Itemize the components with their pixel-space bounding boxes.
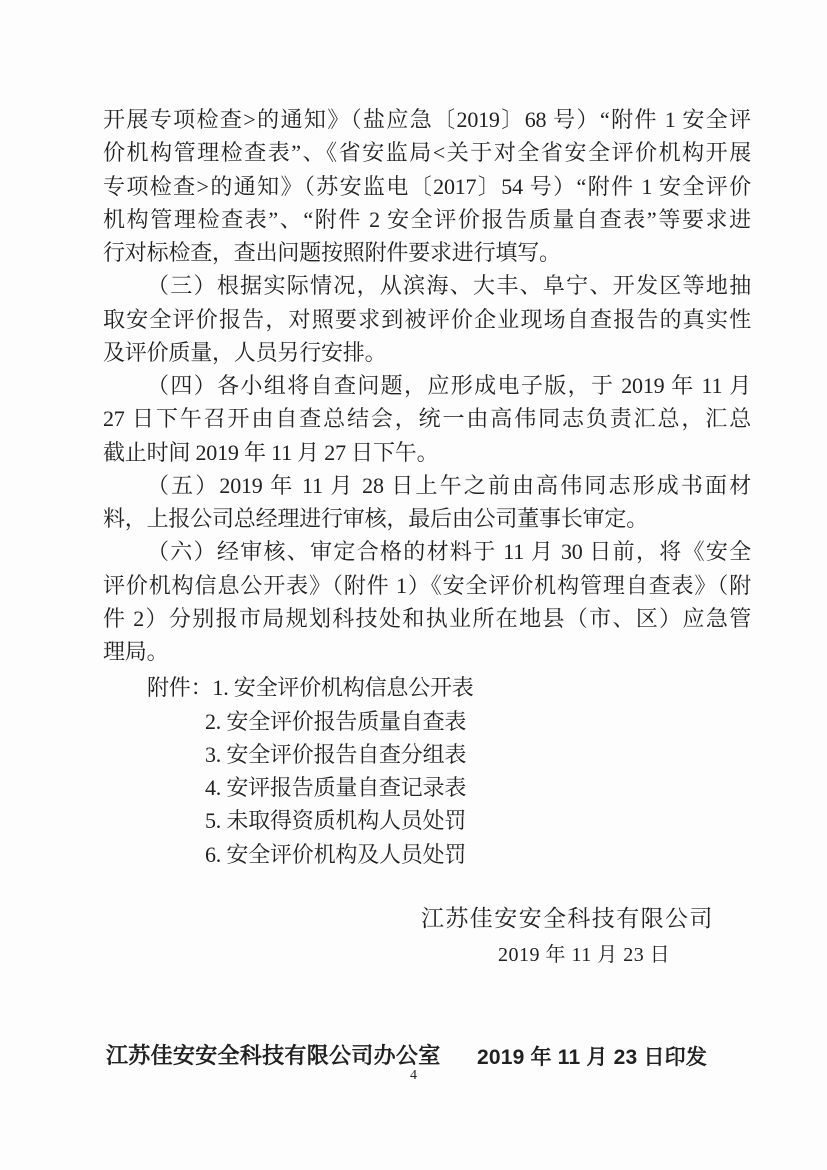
body-line: 料，上报公司总经理进行审核，最后由公司董事长审定。 bbox=[103, 502, 751, 535]
body-line: 专项检查>的通知》（苏安监电〔2017〕54 号）“附件 1 安全评价 bbox=[103, 170, 751, 203]
body-line: （四）各小组将自查问题，应形成电子版，于 2019 年 11 月 bbox=[103, 369, 751, 402]
document-page: 开展专项检查>的通知》（盐应急〔2019〕68 号）“附件 1 安全评价机构管理… bbox=[0, 0, 827, 1170]
body-text: 开展专项检查>的通知》（盐应急〔2019〕68 号）“附件 1 安全评价机构管理… bbox=[103, 103, 751, 871]
body-line: 27 日下午召开由自查总结会，统一由高伟同志负责汇总，汇总 bbox=[103, 402, 751, 435]
attachment-item: 2. 安全评价报告质量自查表 bbox=[103, 705, 751, 738]
attachment-item: 4. 安评报告质量自查记录表 bbox=[103, 771, 751, 804]
body-line: 开展专项检查>的通知》（盐应急〔2019〕68 号）“附件 1 安全评 bbox=[103, 103, 751, 136]
attachment-item: 3. 安全评价报告自查分组表 bbox=[103, 738, 751, 771]
attachment-item: 5. 未取得资质机构人员处罚 bbox=[103, 804, 751, 837]
signature-date: 2019 年 11 月 23 日 bbox=[498, 938, 658, 967]
body-line: 件 2）分别报市局规划科技处和执业所在地县（市、区）应急管 bbox=[103, 602, 751, 635]
footer-issue-date: 2019 年 11 月 23 日印发 bbox=[477, 1041, 707, 1071]
body-line: 机构管理检查表”、“附件 2 安全评价报告质量自查表”等要求进 bbox=[103, 203, 751, 236]
body-line: 价机构管理检查表”、《省安监局<关于对全省安全评价机构开展 bbox=[103, 136, 751, 169]
body-line: 评价机构信息公开表》（附件 1）《安全评价机构管理自查表》（附 bbox=[103, 569, 751, 602]
body-line: 取安全评价报告，对照要求到被评价企业现场自查报告的真实性 bbox=[103, 303, 751, 336]
body-line: 及评价质量，人员另行安排。 bbox=[103, 336, 751, 369]
body-line: （六）经审核、审定合格的材料于 11 月 30 日前，将《安全 bbox=[103, 535, 751, 568]
attachment-item: 附件：1. 安全评价机构信息公开表 bbox=[103, 671, 751, 704]
body-line: （三）根据实际情况，从滨海、大丰、阜宁、开发区等地抽 bbox=[103, 269, 751, 302]
body-line: （五）2019 年 11 月 28 日上午之前由高伟同志形成书面材 bbox=[103, 469, 751, 502]
body-line: 理局。 bbox=[103, 635, 751, 668]
signature-company: 江苏佳安安全科技有限公司 bbox=[421, 900, 721, 933]
footer-office-name: 江苏佳安安全科技有限公司办公室 bbox=[106, 1039, 441, 1070]
body-line: 截止时间 2019 年 11 月 27 日下午。 bbox=[103, 436, 751, 469]
body-line: 行对标检查，查出问题按照附件要求进行填写。 bbox=[103, 236, 751, 269]
body-paragraphs: 开展专项检查>的通知》（盐应急〔2019〕68 号）“附件 1 安全评价机构管理… bbox=[103, 103, 751, 668]
attachment-item: 6. 安全评价机构及人员处罚 bbox=[103, 838, 751, 871]
attachment-list: 附件：1. 安全评价机构信息公开表2. 安全评价报告质量自查表3. 安全评价报告… bbox=[103, 671, 751, 871]
page-number: 4 bbox=[410, 1068, 417, 1084]
